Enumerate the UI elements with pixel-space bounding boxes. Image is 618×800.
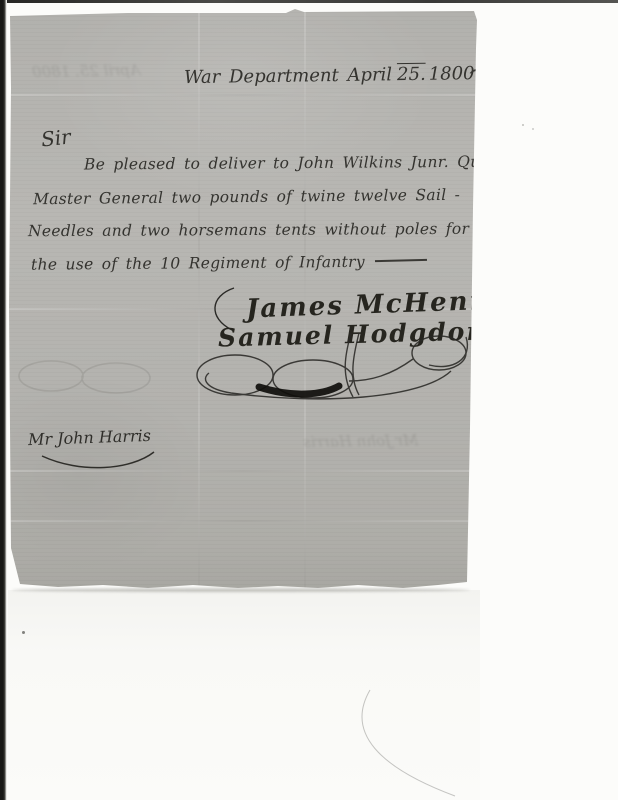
body-line-2: Master General two pounds of twine twelv…: [33, 186, 460, 208]
salutation: Sir: [40, 125, 72, 152]
addressee-underline-flourish: [36, 448, 161, 476]
body-line-3: Needles and two horsemans tents without …: [28, 220, 469, 240]
scanner-left-edge: [0, 0, 7, 800]
flourish-dash: [375, 259, 427, 262]
hair-artifact: [345, 688, 470, 800]
scanner-top-edge: [0, 0, 618, 3]
letter-dateline: War Department April25.1800): [184, 56, 478, 90]
fold-crease-horizontal: [8, 520, 478, 522]
bleedthrough-addressee-text: Mr John Harris: [303, 431, 419, 451]
dateline-day: 25.: [397, 64, 426, 85]
ink-smear: [259, 386, 339, 394]
bleedthrough-flourish-loops: [16, 356, 156, 396]
body-line-1: Be pleased to deliver to John Wilkins Ju…: [84, 152, 478, 173]
bleedthrough-heading-text: April 25. 1800: [32, 61, 141, 81]
scanned-letter-page: April 25. 1800 Mr John Harris War Depart…: [0, 0, 618, 800]
body-line-4: the use of the 10 Regiment of Infantry: [31, 252, 427, 273]
letter-paper: April 25. 1800 Mr John Harris War Depart…: [8, 8, 478, 590]
dateline-place-month: War Department April: [184, 64, 392, 88]
body-line-4-text: the use of the 10 Regiment of Infantry: [31, 253, 365, 274]
addressee-name: Mr John Harris: [28, 426, 152, 449]
dust-speck: [22, 631, 25, 634]
signature-flourish-loops: [201, 331, 469, 403]
dust-speck: [532, 128, 534, 130]
paper-shadow: [12, 588, 470, 592]
fold-crease-horizontal: [8, 94, 478, 96]
dust-speck: [522, 124, 524, 126]
